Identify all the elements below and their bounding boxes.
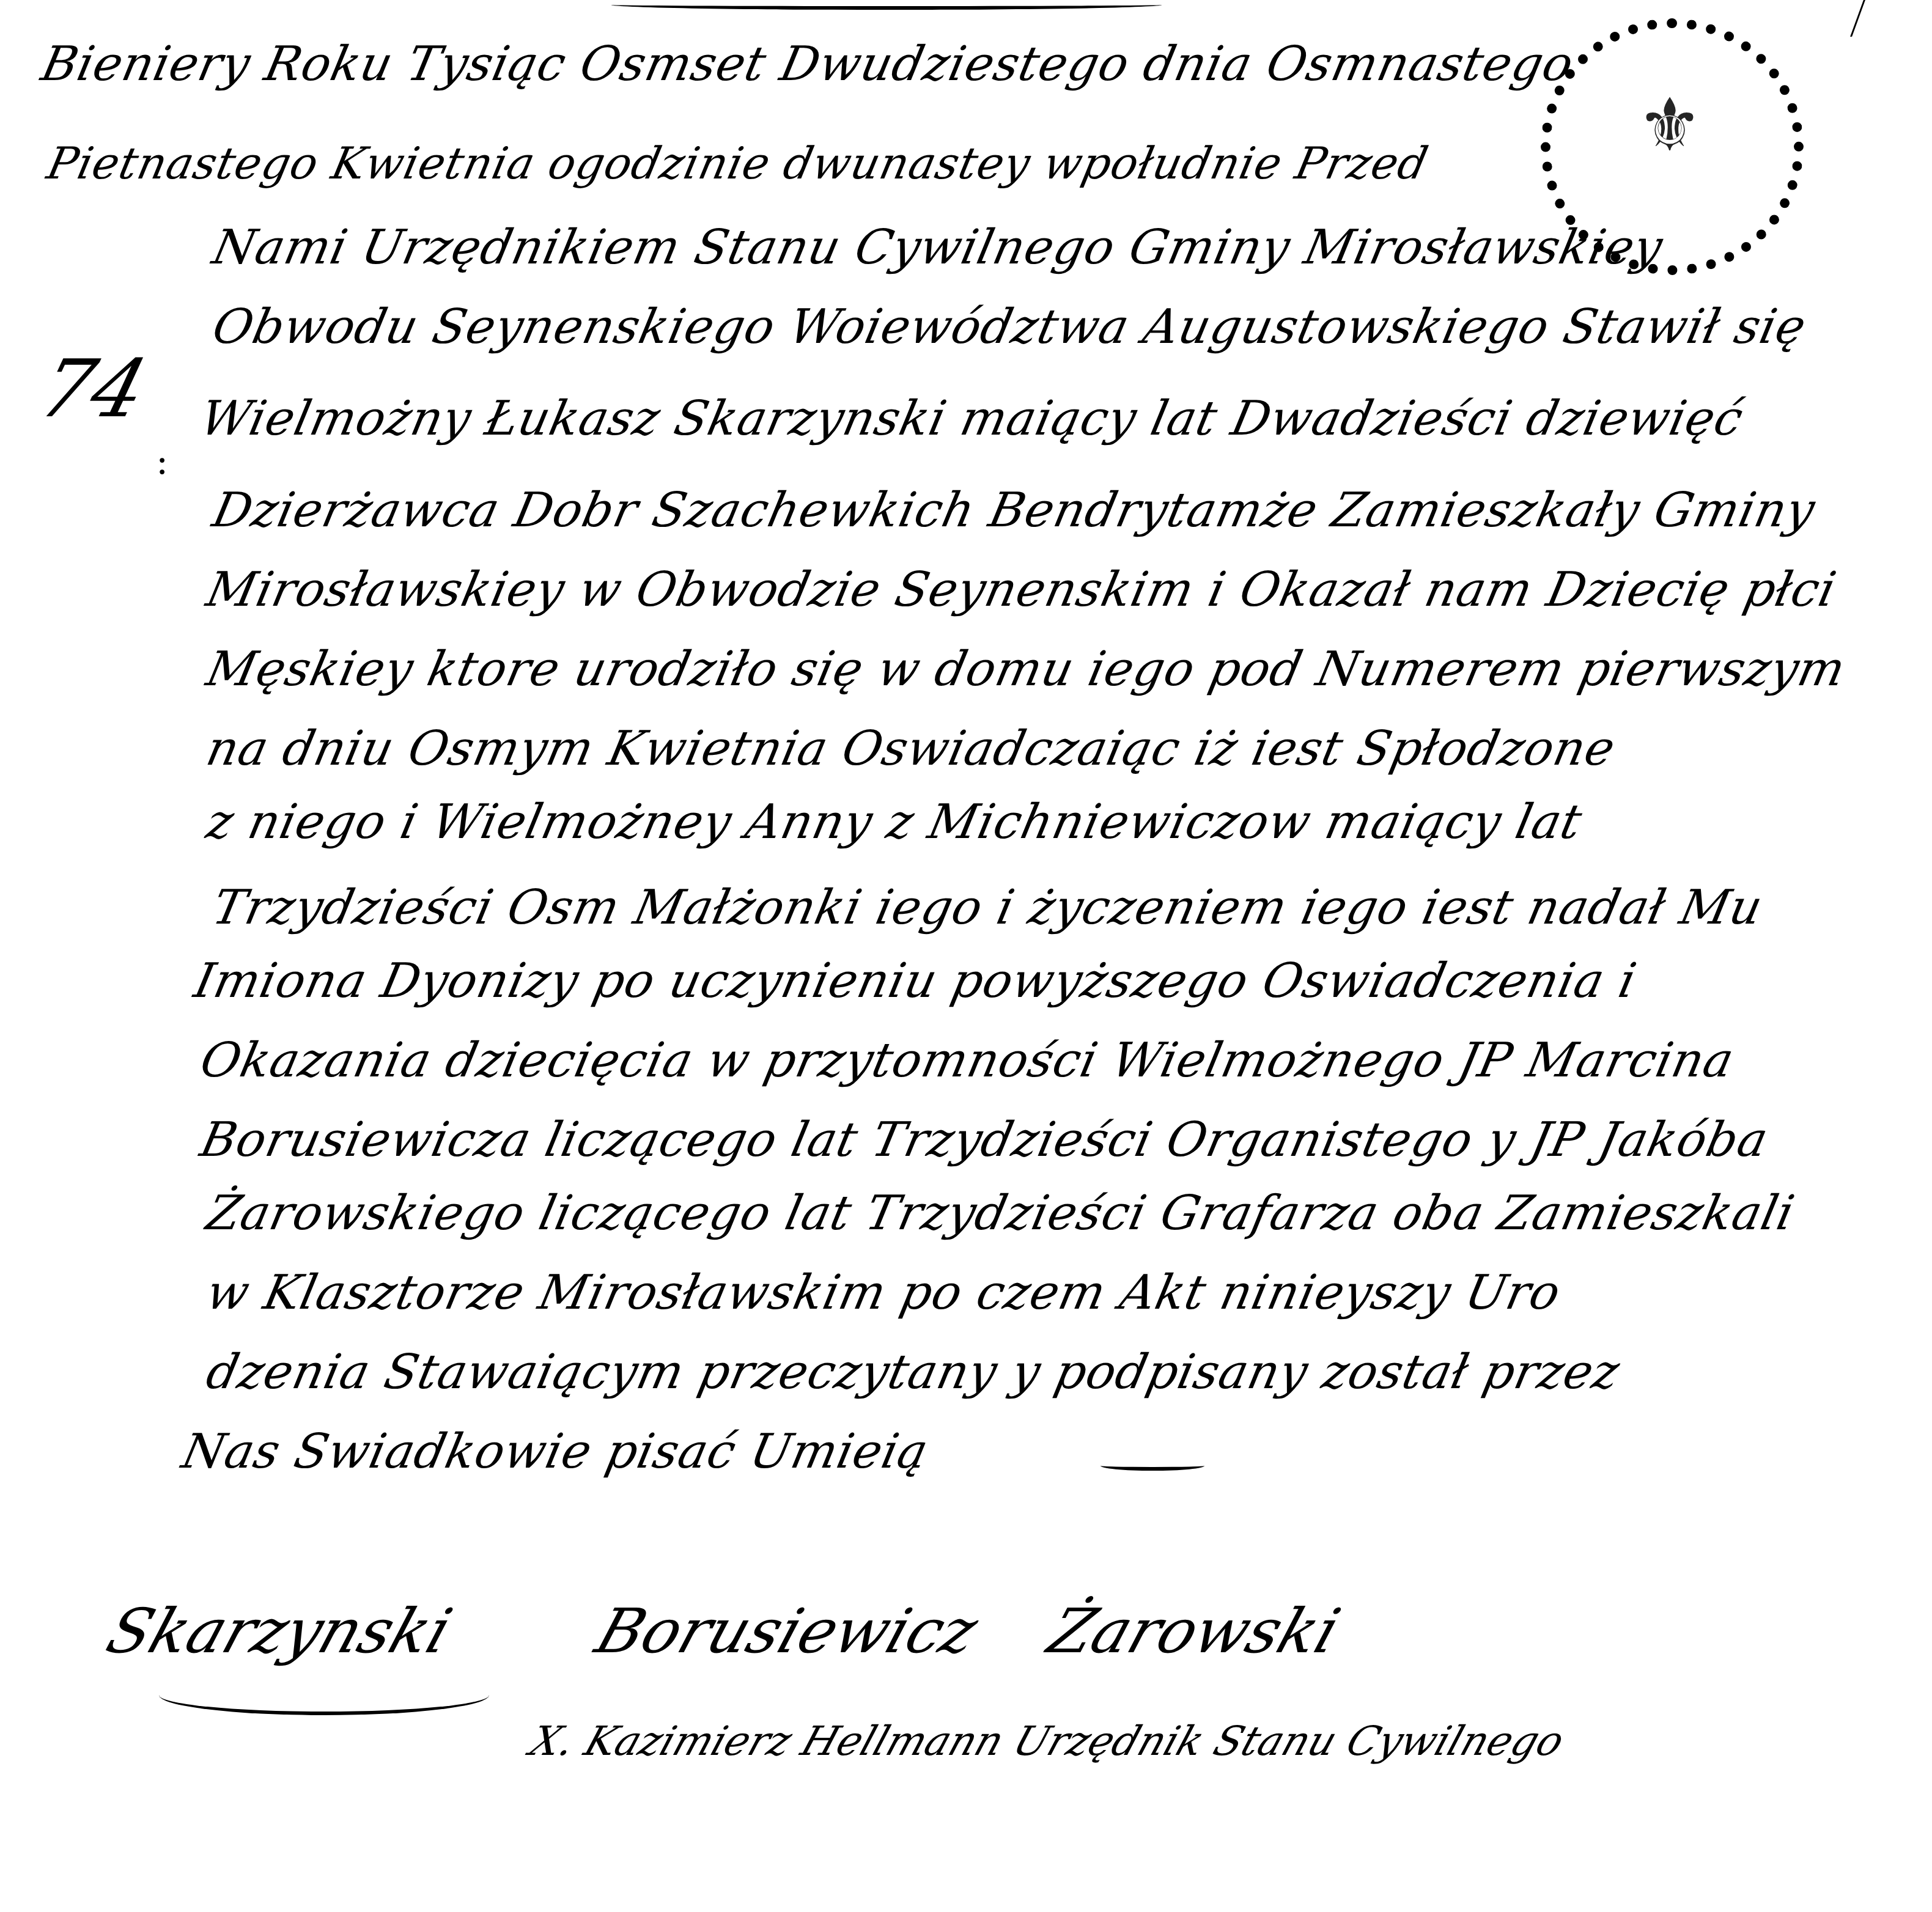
signature-witness-2: Żarowski bbox=[1040, 1595, 1349, 1667]
text-line-2: Pietnastego Kwietnia ogodzinie dwunastey… bbox=[43, 138, 1433, 189]
text-line-9: na dniu Osmym Kwietnia Oswiadczaiąc iż i… bbox=[202, 721, 1620, 776]
line-end-flourish bbox=[1101, 1461, 1204, 1471]
text-line-5: Wielmożny Łukasz Skarzynski maiący lat D… bbox=[196, 391, 1748, 446]
text-line-6: Dzierżawca Dobr Szachewkich Bendrytamże … bbox=[208, 483, 1820, 538]
text-line-8: Męskiey ktore urodziło się w domu iego p… bbox=[202, 642, 1851, 697]
page-top-edge bbox=[611, 0, 1162, 10]
record-number-separator: : bbox=[156, 440, 168, 483]
text-line-16: w Klasztorze Mirosławskim po czem Akt ni… bbox=[202, 1265, 1565, 1320]
text-line-13: Okazania dziecięcia w przytomności Wielm… bbox=[196, 1033, 1739, 1088]
document-page: ⚜ 74 : Bieniery Roku Tysiąc Osmset Dwudz… bbox=[0, 0, 1932, 1912]
text-line-1: Bieniery Roku Tysiąc Osmset Dwudziestego… bbox=[37, 37, 1579, 92]
record-number: 74 bbox=[31, 342, 157, 435]
page-corner-fold bbox=[1850, 0, 1902, 37]
signature-flourish bbox=[159, 1675, 489, 1715]
seal-emblem-icon: ⚜ bbox=[1587, 83, 1771, 230]
text-line-3: Nami Urzędnikiem Stanu Cywilnego Gminy M… bbox=[208, 220, 1668, 275]
signature-father: Skarzynski bbox=[98, 1595, 460, 1667]
text-line-14: Borusiewicza liczącego lat Trzydzieści O… bbox=[196, 1112, 1773, 1167]
signature-official: X. Kazimierz Hellmann Urzędnik Stanu Cyw… bbox=[524, 1718, 1569, 1765]
text-line-18: Nas Swiadkowie pisać Umieią bbox=[177, 1424, 933, 1479]
signature-witness-1: Borusiewicz bbox=[588, 1595, 987, 1667]
text-line-4: Obwodu Seynenskiego Woiewództwa Augustow… bbox=[208, 300, 1811, 355]
text-line-12: Imiona Dyonizy po uczynieniu powyższego … bbox=[190, 954, 1642, 1009]
text-line-7: Mirosławskiey w Obwodzie Seynenskim i Ok… bbox=[202, 562, 1841, 617]
text-line-11: Trzydzieści Osm Małżonki iego i życzenie… bbox=[208, 880, 1768, 935]
text-line-10: z niego i Wielmożney Anny z Michniewiczo… bbox=[202, 795, 1587, 850]
text-line-15: Żarowskiego liczącego lat Trzydzieści Gr… bbox=[202, 1186, 1799, 1241]
text-line-17: dzenia Stawaiącym przeczytany y podpisan… bbox=[202, 1345, 1624, 1400]
